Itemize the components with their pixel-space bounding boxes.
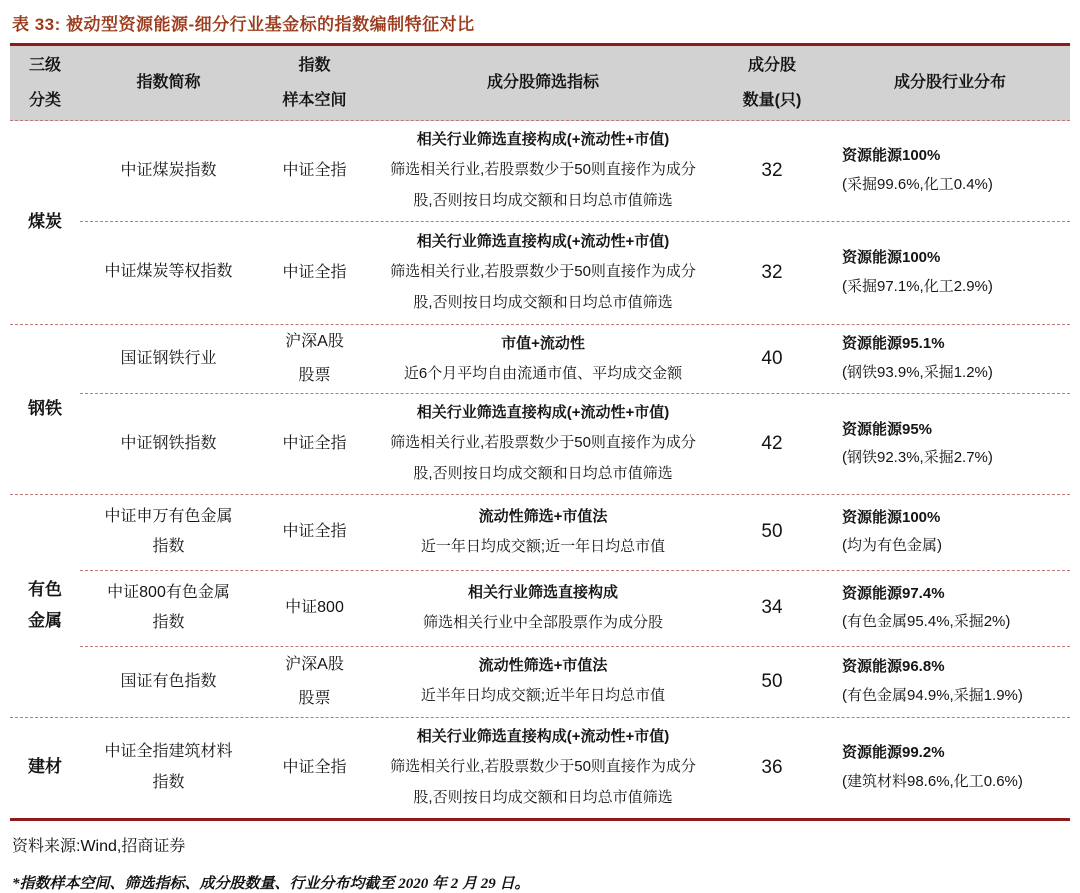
index-name: 中证钢铁指数 bbox=[80, 429, 257, 459]
group-category-label: 有色 金属 bbox=[10, 495, 80, 717]
group-category-label: 煤炭 bbox=[10, 121, 80, 324]
header-distribution: 成分股行业分布 bbox=[830, 65, 1070, 100]
table-row: 中证800有色金属 指数 中证800 相关行业筛选直接构成 筛选相关行业中全部股… bbox=[80, 571, 1070, 647]
screening-criteria: 流动性筛选+市值法 近一年日均成交额;近一年日均总市值 bbox=[372, 498, 714, 567]
criteria-title: 相关行业筛选直接构成(+流动性+市值) bbox=[378, 398, 708, 428]
distribution-detail: (有色金属95.4%,采掘2%) bbox=[842, 608, 1070, 637]
index-name: 中证煤炭指数 bbox=[80, 156, 257, 186]
criteria-title: 相关行业筛选直接构成(+流动性+市值) bbox=[378, 722, 708, 752]
distribution-detail: (钢铁93.9%,采掘1.2%) bbox=[842, 359, 1070, 388]
industry-distribution: 资源能源96.8% (有色金属94.9%,采掘1.9%) bbox=[830, 653, 1070, 710]
table-row: 中证钢铁指数 中证全指 相关行业筛选直接构成(+流动性+市值) 筛选相关行业,若… bbox=[80, 394, 1070, 494]
group-category-label: 钢铁 bbox=[10, 325, 80, 494]
sample-space: 沪深A股 股票 bbox=[257, 648, 372, 715]
criteria-title: 相关行业筛选直接构成(+流动性+市值) bbox=[378, 227, 708, 257]
distribution-title: 资源能源100% bbox=[842, 244, 1070, 273]
distribution-title: 资源能源96.8% bbox=[842, 653, 1070, 682]
research-report-table-page: 表 33: 被动型资源能源-细分行业基金标的指数编制特征对比 三级 分类 指数简… bbox=[0, 0, 1080, 854]
index-name: 中证煤炭等权指数 bbox=[80, 257, 257, 287]
criteria-detail: 筛选相关行业,若股票数少于50则直接作为成分 股,否则按日均成交额和日均总市值筛… bbox=[378, 155, 708, 217]
table-row: 国证钢铁行业 沪深A股 股票 市值+流动性 近6个月平均自由流通市值、平均成交金… bbox=[80, 325, 1070, 395]
screening-criteria: 相关行业筛选直接构成(+流动性+市值) 筛选相关行业,若股票数少于50则直接作为… bbox=[372, 394, 714, 494]
distribution-title: 资源能源95% bbox=[842, 416, 1070, 445]
table-row: 中证煤炭指数 中证全指 相关行业筛选直接构成(+流动性+市值) 筛选相关行业,若… bbox=[80, 121, 1070, 222]
constituent-count: 32 bbox=[714, 262, 830, 284]
sample-space: 中证800 bbox=[257, 591, 372, 625]
group-nonferrous-metals: 有色 金属 中证申万有色金属 指数 中证全指 流动性筛选+市值法 近一年日均成交… bbox=[10, 495, 1070, 718]
distribution-detail: (建筑材料98.6%,化工0.6%) bbox=[842, 768, 1070, 797]
index-comparison-table: 三级 分类 指数简称 指数 样本空间 成分股筛选指标 成分股 数量(只) 成分股… bbox=[10, 43, 1070, 821]
distribution-title: 资源能源95.1% bbox=[842, 330, 1070, 359]
table-row: 中证申万有色金属 指数 中证全指 流动性筛选+市值法 近一年日均成交额;近一年日… bbox=[80, 495, 1070, 571]
table-row: 中证煤炭等权指数 中证全指 相关行业筛选直接构成(+流动性+市值) 筛选相关行业… bbox=[80, 222, 1070, 324]
header-index-name: 指数简称 bbox=[80, 65, 257, 100]
criteria-detail: 近半年日均成交额;近半年日均总市值 bbox=[378, 681, 708, 712]
index-name: 中证800有色金属 指数 bbox=[80, 578, 257, 639]
distribution-detail: (采掘99.6%,化工0.4%) bbox=[842, 171, 1070, 200]
header-category: 三级 分类 bbox=[10, 48, 80, 118]
distribution-title: 资源能源97.4% bbox=[842, 580, 1070, 609]
criteria-detail: 筛选相关行业中全部股票作为成分股 bbox=[378, 608, 708, 639]
group-coal: 煤炭 中证煤炭指数 中证全指 相关行业筛选直接构成(+流动性+市值) 筛选相关行… bbox=[10, 121, 1070, 325]
index-name: 国证有色指数 bbox=[80, 667, 257, 697]
screening-criteria: 流动性筛选+市值法 近半年日均成交额;近半年日均总市值 bbox=[372, 647, 714, 716]
data-source-line: 资料来源:Wind,招商证券 bbox=[10, 821, 1070, 856]
index-name: 中证申万有色金属 指数 bbox=[80, 502, 257, 563]
constituent-count: 32 bbox=[714, 160, 830, 182]
distribution-detail: (钢铁92.3%,采掘2.7%) bbox=[842, 444, 1070, 473]
header-criteria: 成分股筛选指标 bbox=[372, 65, 714, 100]
industry-distribution: 资源能源100% (采掘97.1%,化工2.9%) bbox=[830, 244, 1070, 301]
group-steel: 钢铁 国证钢铁行业 沪深A股 股票 市值+流动性 近6个月平均自由流通市值、平均… bbox=[10, 325, 1070, 495]
table-row: 中证全指建筑材料 指数 中证全指 相关行业筛选直接构成(+流动性+市值) 筛选相… bbox=[80, 718, 1070, 818]
criteria-detail: 筛选相关行业,若股票数少于50则直接作为成分 股,否则按日均成交额和日均总市值筛… bbox=[378, 752, 708, 814]
group-category-label: 建材 bbox=[10, 718, 80, 818]
sample-space: 中证全指 bbox=[257, 515, 372, 549]
criteria-detail: 近6个月平均自由流通市值、平均成交金额 bbox=[378, 359, 708, 390]
screening-criteria: 相关行业筛选直接构成(+流动性+市值) 筛选相关行业,若股票数少于50则直接作为… bbox=[372, 223, 714, 323]
industry-distribution: 资源能源100% (采掘99.6%,化工0.4%) bbox=[830, 142, 1070, 199]
constituent-count: 50 bbox=[714, 521, 830, 543]
sample-space: 中证全指 bbox=[257, 154, 372, 188]
constituent-count: 40 bbox=[714, 348, 830, 370]
distribution-detail: (采掘97.1%,化工2.9%) bbox=[842, 273, 1070, 302]
criteria-title: 市值+流动性 bbox=[378, 329, 708, 359]
table-header-row: 三级 分类 指数简称 指数 样本空间 成分股筛选指标 成分股 数量(只) 成分股… bbox=[10, 46, 1070, 121]
industry-distribution: 资源能源97.4% (有色金属95.4%,采掘2%) bbox=[830, 580, 1070, 637]
sample-space: 沪深A股 股票 bbox=[257, 325, 372, 392]
criteria-detail: 筛选相关行业,若股票数少于50则直接作为成分 股,否则按日均成交额和日均总市值筛… bbox=[378, 257, 708, 319]
criteria-detail: 近一年日均成交额;近一年日均总市值 bbox=[378, 532, 708, 563]
table-title: 表 33: 被动型资源能源-细分行业基金标的指数编制特征对比 bbox=[10, 6, 1070, 43]
index-name: 中证全指建筑材料 指数 bbox=[80, 737, 257, 798]
header-count: 成分股 数量(只) bbox=[714, 48, 830, 118]
criteria-detail: 筛选相关行业,若股票数少于50则直接作为成分 股,否则按日均成交额和日均总市值筛… bbox=[378, 428, 708, 490]
constituent-count: 36 bbox=[714, 757, 830, 779]
sample-space: 中证全指 bbox=[257, 256, 372, 290]
header-sample-space: 指数 样本空间 bbox=[257, 48, 372, 118]
distribution-title: 资源能源99.2% bbox=[842, 739, 1070, 768]
distribution-title: 资源能源100% bbox=[842, 142, 1070, 171]
screening-criteria: 市值+流动性 近6个月平均自由流通市值、平均成交金额 bbox=[372, 325, 714, 394]
constituent-count: 34 bbox=[714, 597, 830, 619]
screening-criteria: 相关行业筛选直接构成(+流动性+市值) 筛选相关行业,若股票数少于50则直接作为… bbox=[372, 718, 714, 818]
screening-criteria: 相关行业筛选直接构成 筛选相关行业中全部股票作为成分股 bbox=[372, 574, 714, 643]
table-row: 国证有色指数 沪深A股 股票 流动性筛选+市值法 近半年日均成交额;近半年日均总… bbox=[80, 647, 1070, 717]
constituent-count: 42 bbox=[714, 433, 830, 455]
criteria-title: 流动性筛选+市值法 bbox=[378, 651, 708, 681]
screening-criteria: 相关行业筛选直接构成(+流动性+市值) 筛选相关行业,若股票数少于50则直接作为… bbox=[372, 121, 714, 221]
distribution-detail: (均为有色金属) bbox=[842, 532, 1070, 561]
industry-distribution: 资源能源95% (钢铁92.3%,采掘2.7%) bbox=[830, 416, 1070, 473]
distribution-detail: (有色金属94.9%,采掘1.9%) bbox=[842, 682, 1070, 711]
criteria-title: 相关行业筛选直接构成 bbox=[378, 578, 708, 608]
criteria-title: 相关行业筛选直接构成(+流动性+市值) bbox=[378, 125, 708, 155]
constituent-count: 50 bbox=[714, 671, 830, 693]
industry-distribution: 资源能源100% (均为有色金属) bbox=[830, 504, 1070, 561]
distribution-title: 资源能源100% bbox=[842, 504, 1070, 533]
index-name: 国证钢铁行业 bbox=[80, 344, 257, 374]
criteria-title: 流动性筛选+市值法 bbox=[378, 502, 708, 532]
sample-space: 中证全指 bbox=[257, 751, 372, 785]
sample-space: 中证全指 bbox=[257, 427, 372, 461]
industry-distribution: 资源能源95.1% (钢铁93.9%,采掘1.2%) bbox=[830, 330, 1070, 387]
footnote: *指数样本空间、筛选指标、成分股数量、行业分布均截至 2020 年 2 月 29… bbox=[10, 856, 1070, 893]
industry-distribution: 资源能源99.2% (建筑材料98.6%,化工0.6%) bbox=[830, 739, 1070, 796]
group-building-materials: 建材 中证全指建筑材料 指数 中证全指 相关行业筛选直接构成(+流动性+市值) … bbox=[10, 718, 1070, 818]
